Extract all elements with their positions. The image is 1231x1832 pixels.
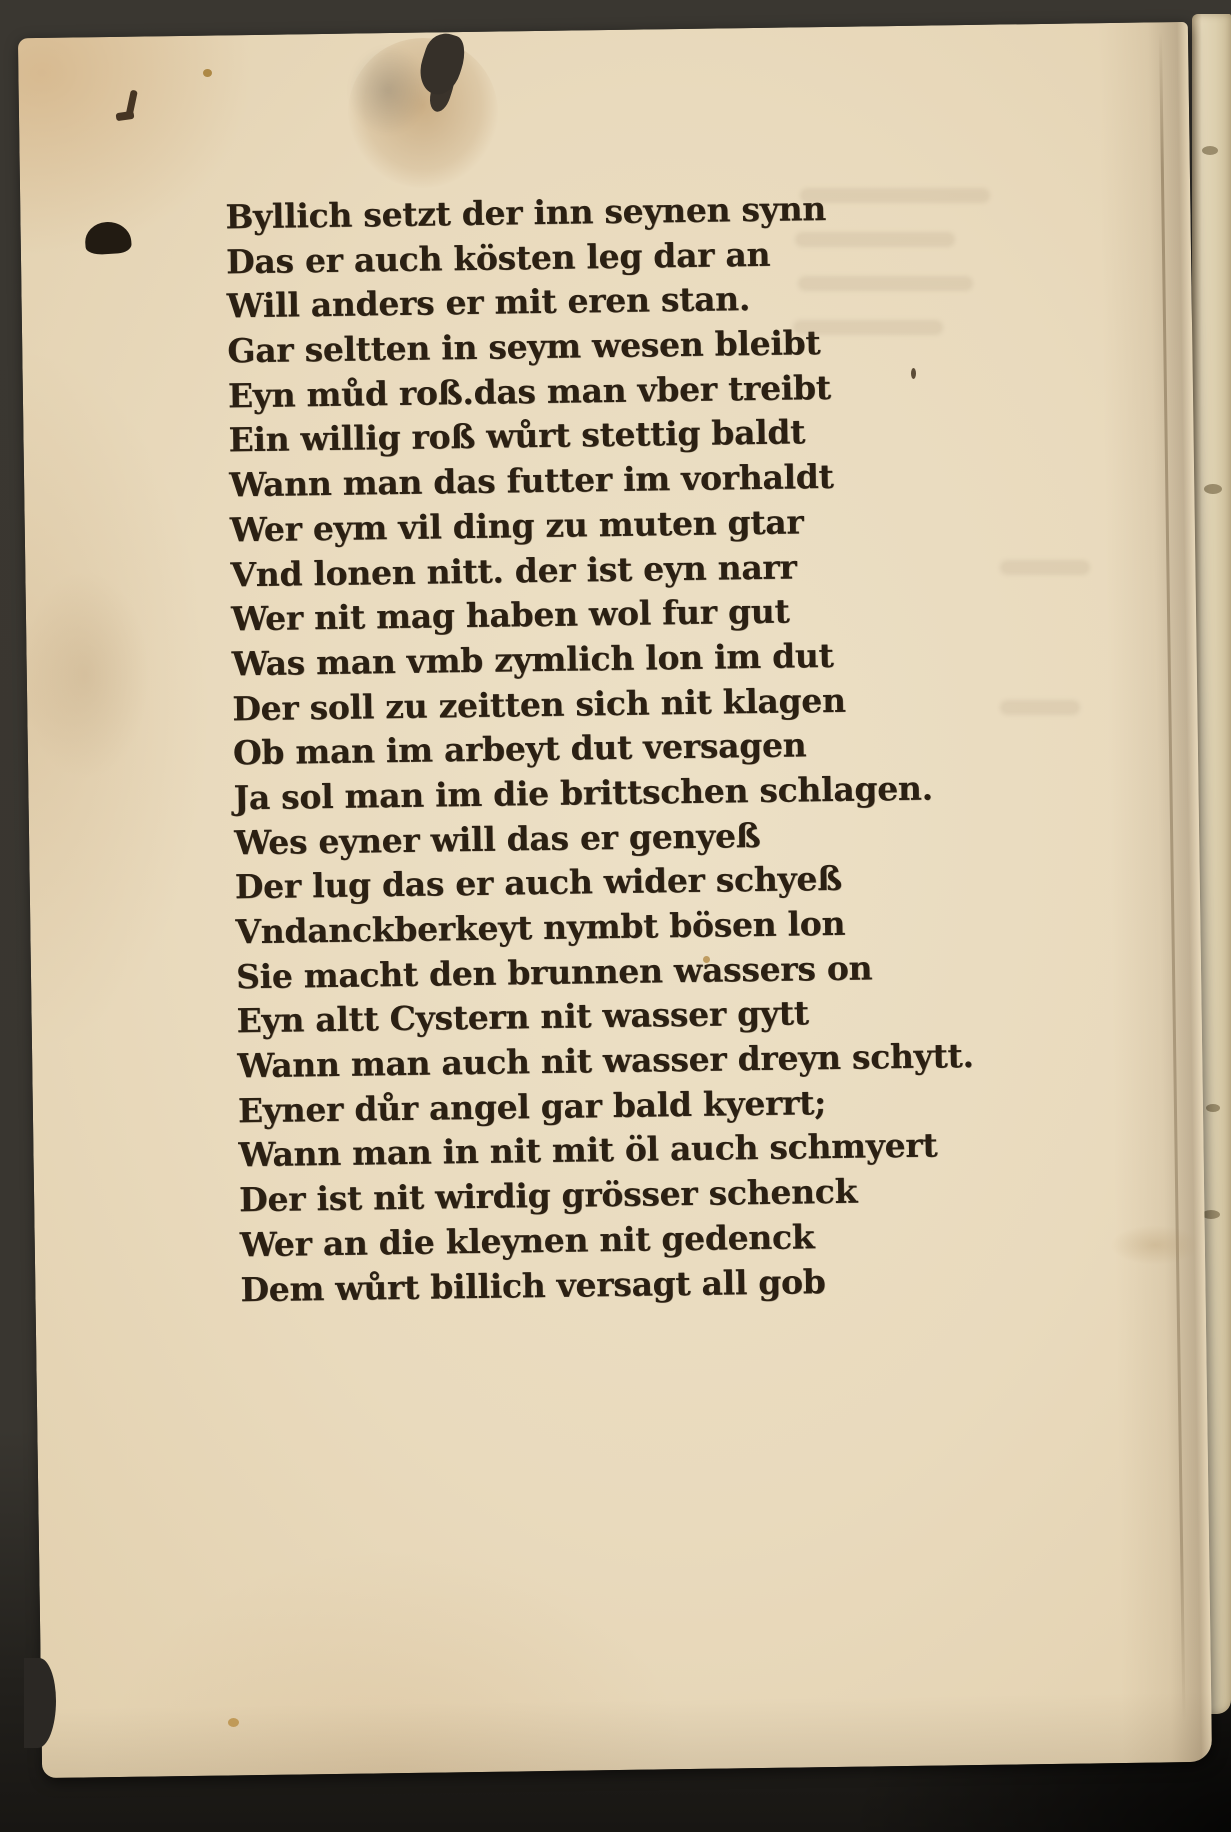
- verso-showthrough: [1000, 700, 1080, 715]
- edge-nick: [1202, 1210, 1220, 1219]
- paper-stain: [1110, 1225, 1200, 1265]
- edge-nick: [1202, 146, 1218, 155]
- edge-nick: [1206, 1104, 1220, 1112]
- paper-stain: [20, 570, 150, 780]
- verso-showthrough: [800, 188, 990, 203]
- edge-nick: [1204, 484, 1222, 494]
- page-bottom-shadow: [41, 1692, 1212, 1778]
- verso-showthrough: [1000, 560, 1090, 575]
- verse-text-block: Byllich setzt der inn seynen synn Das er…: [225, 185, 1001, 1313]
- paper-speck: [911, 368, 916, 379]
- ink-blot-smudge: [348, 45, 428, 135]
- verso-showthrough: [795, 232, 955, 247]
- paper-speck: [703, 956, 710, 963]
- verso-showthrough: [798, 276, 973, 291]
- book-page: Byllich setzt der inn seynen synn Das er…: [18, 22, 1212, 1778]
- verso-showthrough: [793, 320, 943, 335]
- scanned-book-photo: Byllich setzt der inn seynen synn Das er…: [0, 0, 1231, 1832]
- paper-speck: [203, 69, 212, 77]
- paper-speck: [228, 1718, 239, 1727]
